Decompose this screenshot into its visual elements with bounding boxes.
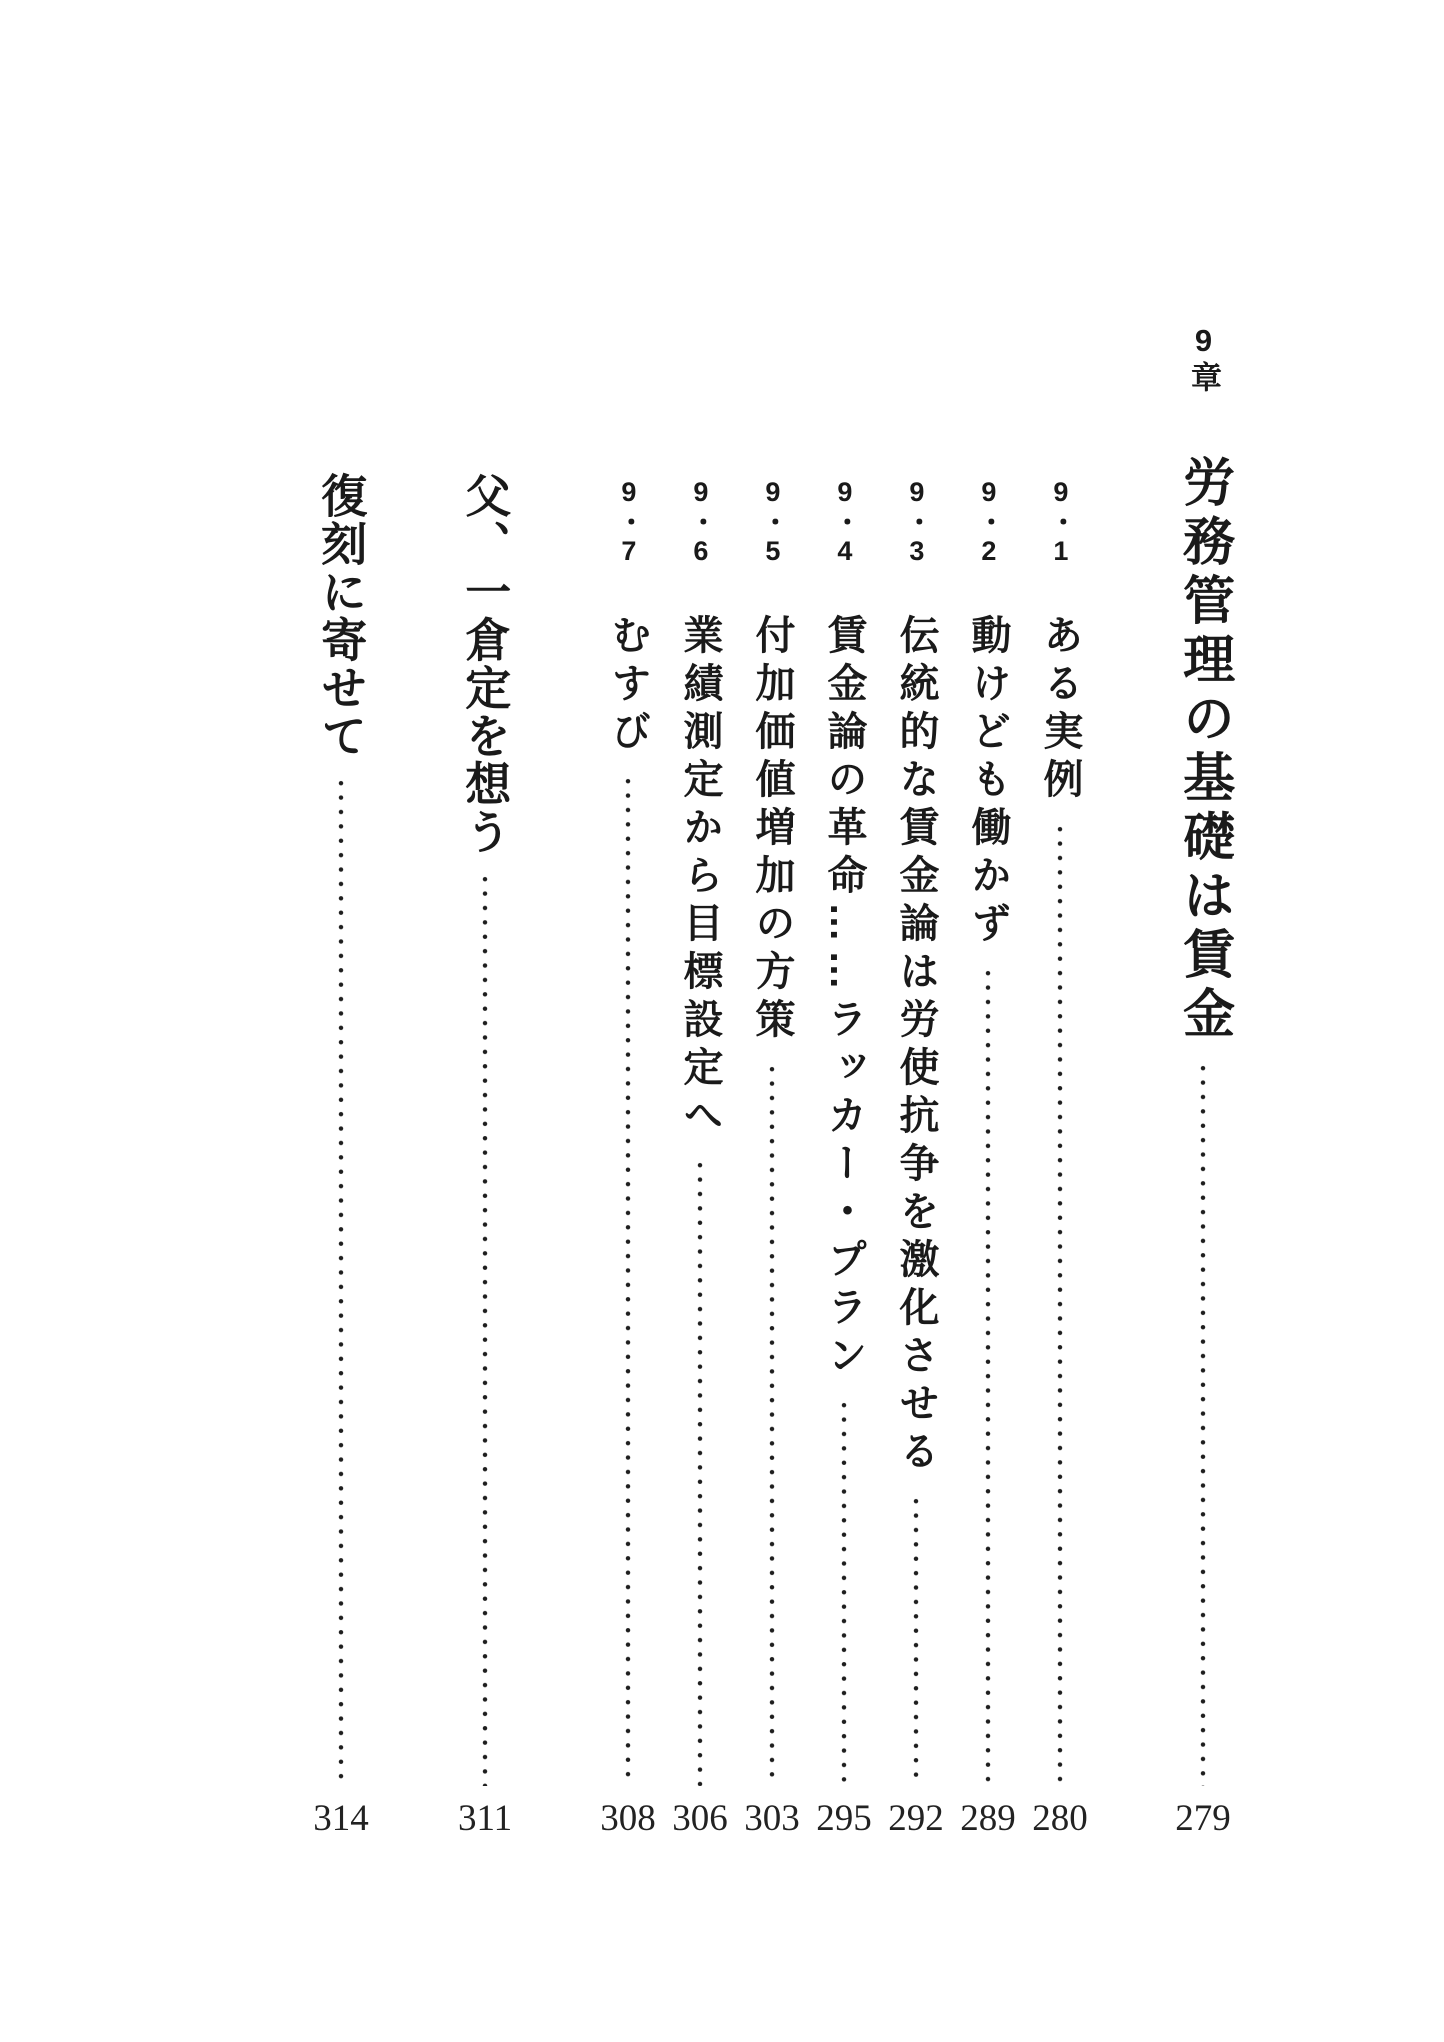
essay-title: 父、一倉定を想う [460,472,511,856]
section-number: 9・2 [973,477,1003,567]
toc-entry-section-9-6: 9・6 業績測定から目標設定へ 306 [664,323,736,1837]
toc-entry-section-9-2: 9・2 動けども働かず 289 [952,323,1024,1837]
page-number: 292 [888,1800,944,1837]
toc-entry-section-9-3: 9・3 伝統的な賃金論は労使抗争を激化させる 292 [880,323,952,1837]
toc-entry-section-9-5: 9・5 付加価値増加の方策 303 [736,323,808,1837]
section-title: 伝統的な賃金論は労使抗争を激化させる [894,614,938,1478]
toc-entry-section-9-4: 9・4 賃金論の革命……ラッカー・プラン 295 [808,323,880,1837]
section-title: 動けども働かず [966,614,1010,950]
dot-leader [1056,822,1064,1786]
chapter-title: 労務管理の基礎は賃金 [1174,455,1231,1045]
toc-entry-section-9-7: 9・7 むすび 308 [592,323,664,1837]
page-number: 280 [1032,1800,1088,1837]
page-number: 311 [458,1800,512,1837]
section-title: 賃金論の革命……ラッカー・プラン [822,614,866,1382]
dot-leader [337,776,345,1786]
dot-leader [481,872,489,1786]
chapter-number-label: 9章 [1186,323,1220,395]
toc-entry-chapter: 9章 労務管理の基礎は賃金 279 [1167,323,1239,1837]
toc-entry-section-9-1: 9・1 ある実例 280 [1024,323,1096,1837]
page-number: 289 [960,1800,1016,1837]
page-number: 314 [313,1800,369,1837]
page-number: 306 [672,1800,728,1837]
section-number: 9・1 [1045,477,1075,567]
section-title: ある実例 [1038,614,1082,806]
section-number: 9・6 [685,477,715,567]
dot-leader [1199,1061,1207,1786]
dot-leader [624,774,632,1786]
dot-leader [912,1494,920,1786]
page-number: 308 [600,1800,656,1837]
toc-columns: 9章 労務管理の基礎は賃金 279 9・1 ある実例 280 9・2 動けども働… [305,323,1239,1837]
page-number: 279 [1175,1800,1231,1837]
book-toc-page: 9章 労務管理の基礎は賃金 279 9・1 ある実例 280 9・2 動けども働… [0,0,1444,2042]
section-title: 付加価値増加の方策 [750,614,794,1046]
section-title: 業績測定から目標設定へ [678,614,722,1142]
section-number: 9・5 [757,477,787,567]
dot-leader [984,966,992,1786]
dot-leader [768,1062,776,1786]
section-number: 9・3 [901,477,931,567]
section-title: むすび [606,614,650,758]
essay-title: 復刻に寄せて [316,472,367,760]
toc-entry-reprint-note: 復刻に寄せて 314 [305,323,377,1837]
toc-entry-father-essay: 父、一倉定を想う 311 [449,323,521,1837]
section-number: 9・7 [613,477,643,567]
section-number: 9・4 [829,477,859,567]
page-number: 295 [816,1800,872,1837]
dot-leader [696,1158,704,1786]
page-number: 303 [744,1800,800,1837]
dot-leader [840,1398,848,1786]
